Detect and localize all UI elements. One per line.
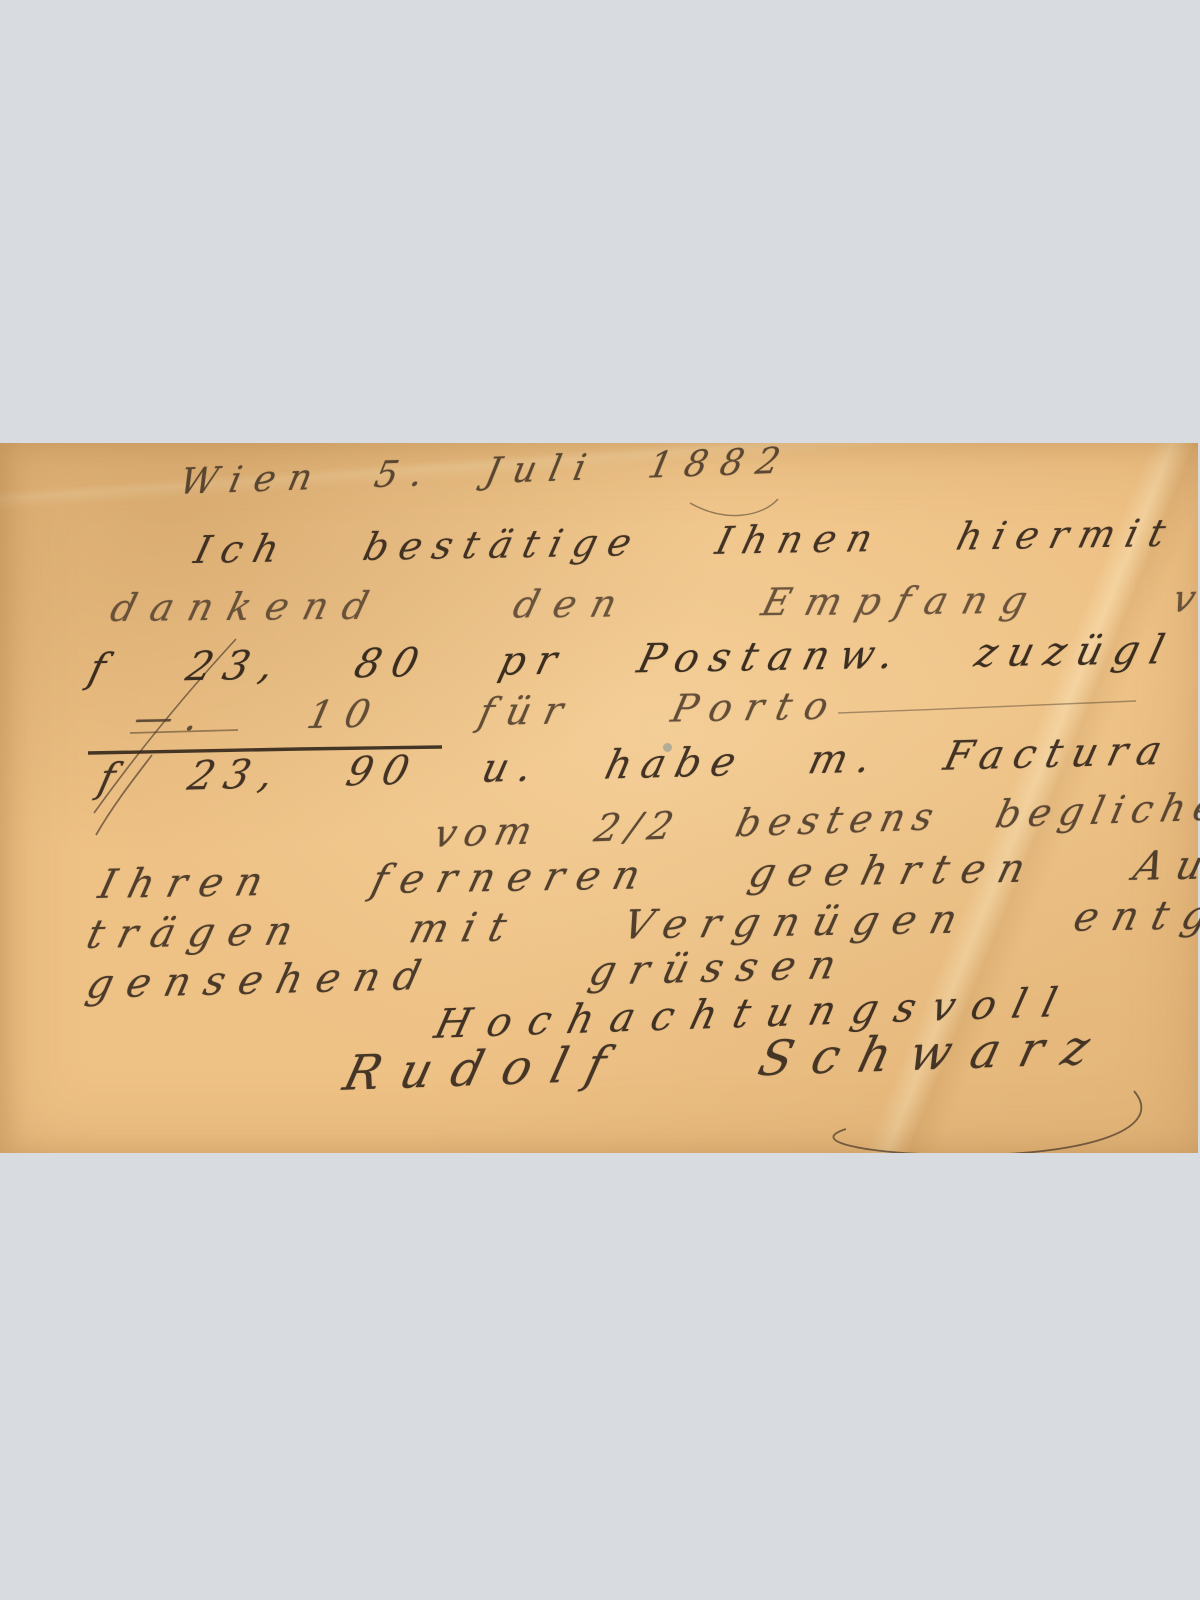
screenshot: Wien 5. Juli 1882 Ich bestätige Ihnen hi… [0, 0, 1200, 1600]
porto-trailing-rule [838, 701, 1136, 713]
dateline-tail-flourish [690, 499, 778, 515]
signature-flourish [833, 1091, 1141, 1153]
